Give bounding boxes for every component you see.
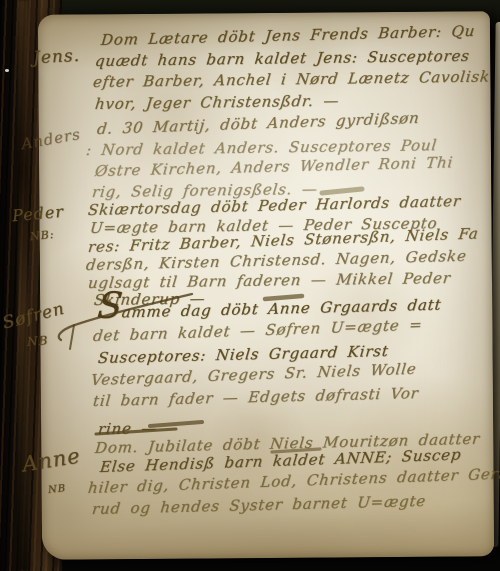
manuscript-line: hvor, Jeger Christensßdr. — [94,92,340,113]
manuscript-photo: Jens. Anders Peder NB: Søfren NB Anne NB… [0,0,500,571]
dust-speck [5,69,9,72]
margin-nb-peder: NB: [29,228,55,243]
manuscript-line: rine — [97,419,158,438]
margin-nb-anne: NB [47,483,66,496]
margin-name-jens: Jens. [33,46,81,68]
margin-nb-soren: NB [27,333,49,348]
